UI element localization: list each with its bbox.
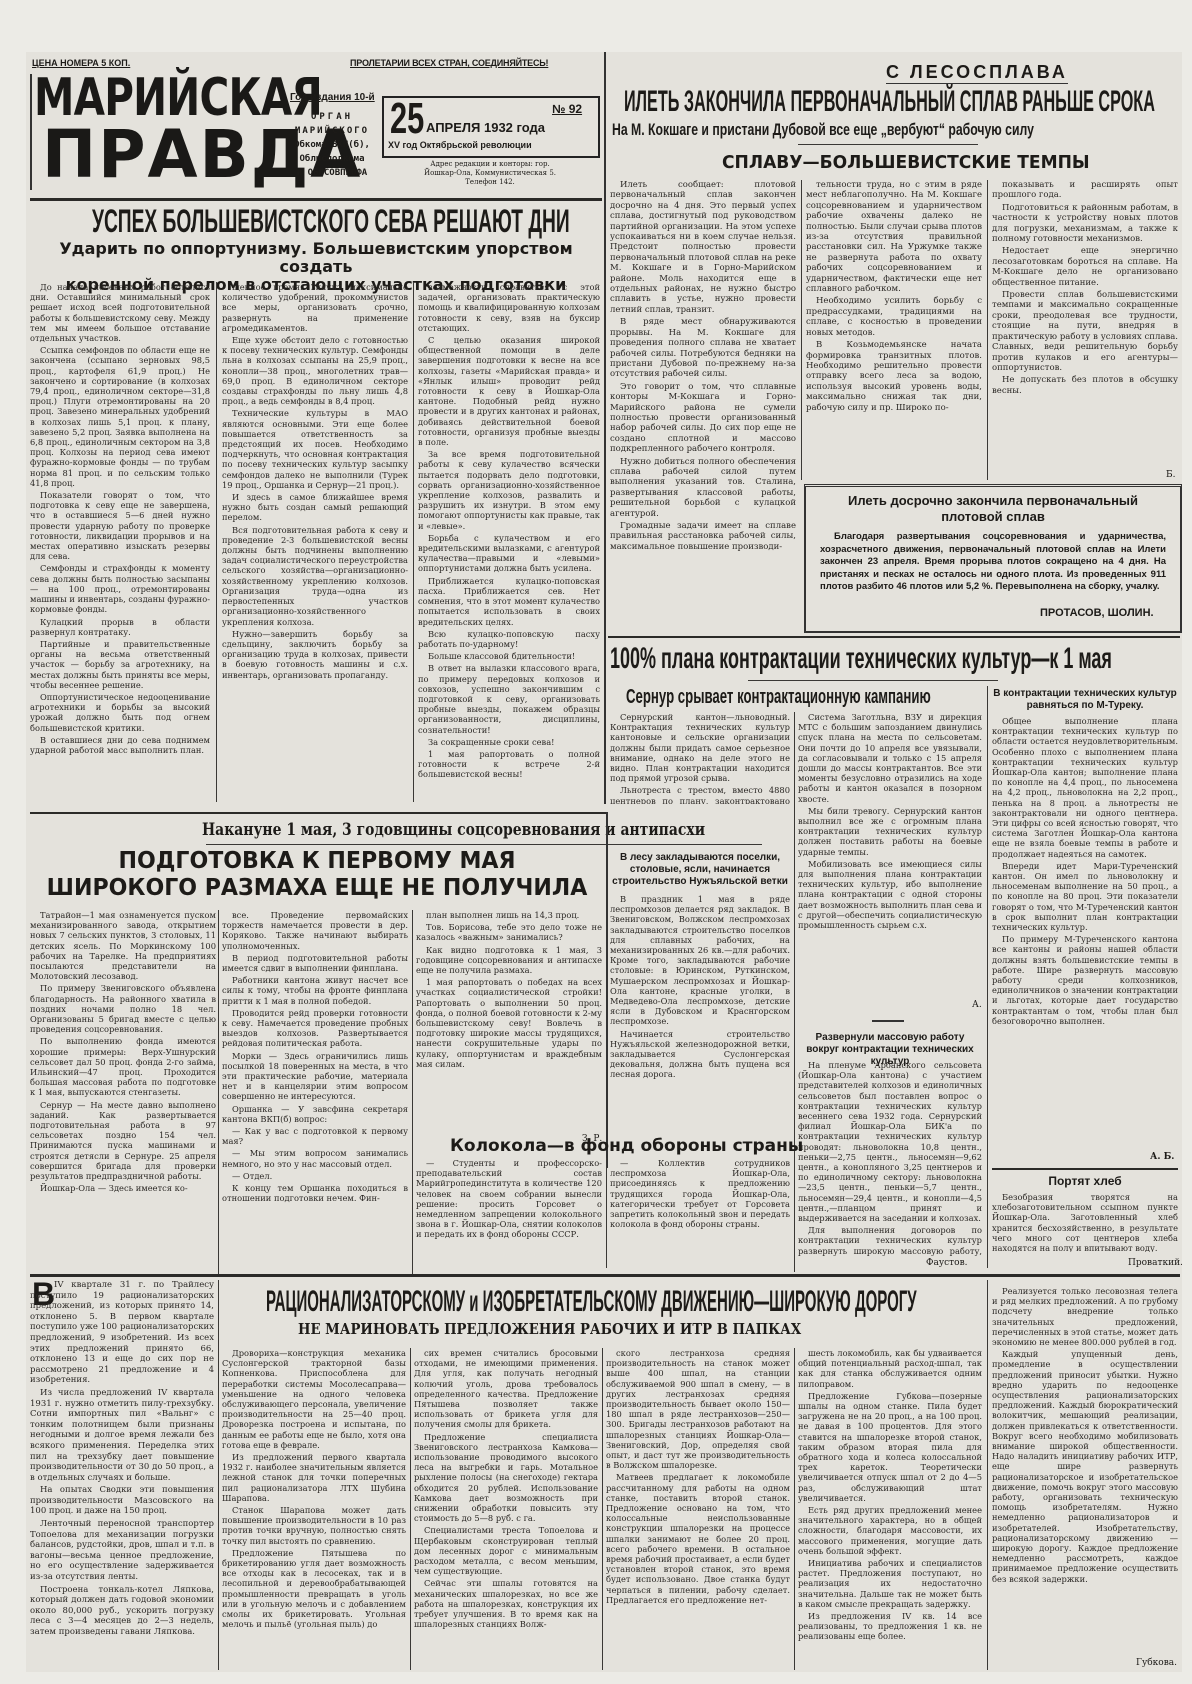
paragraph: Необходимо усилить борьбу с предрассудка… bbox=[806, 296, 982, 338]
paragraph: Матвеев предлагает к локомобиле рассчита… bbox=[606, 1472, 790, 1605]
paragraph: Подготовиться к районным работам, в част… bbox=[992, 203, 1178, 245]
paragraph: Станок Шарапова может дать повышение про… bbox=[222, 1505, 406, 1546]
paragraph: Для выполнения договоров по контрактации… bbox=[798, 1225, 982, 1256]
paragraph: — Мы этим вопросом занимались немного, н… bbox=[222, 1148, 408, 1168]
may-day-col2: все. Проведение первомайских торжеств на… bbox=[222, 910, 408, 1274]
paragraph: Инициатива рабочих и специалистов растет… bbox=[798, 1558, 982, 1609]
ilet-signature: ПРОТАСОВ, ШОЛИН. bbox=[1040, 607, 1154, 619]
timber-col3: показывать и расширять опыт прошлого год… bbox=[992, 180, 1178, 474]
sernur-signature: А. bbox=[972, 1000, 982, 1010]
paragraph: Сернурский кантон—льноводный. Контрактац… bbox=[610, 712, 790, 783]
paragraph: В период подготовительной работы имеется… bbox=[222, 953, 408, 973]
paragraph: Ссыпка семфондов по области еще не закон… bbox=[30, 345, 210, 488]
paragraph: За сокращенные сроки сева! bbox=[418, 737, 600, 747]
paragraph: Илеть сообщает: плотовой первоначальный … bbox=[610, 180, 796, 315]
paragraph: Ленточный переносной транспортер Топоело… bbox=[30, 1519, 214, 1583]
paragraph: С целью оказания широкой общественной по… bbox=[418, 335, 600, 447]
paragraph: Дровориха—конструкция механика Суслонгер… bbox=[222, 1348, 406, 1450]
revolution-year: XV год Октябрьской революции bbox=[388, 140, 532, 150]
headline-timber-rafting: ИЛЕТЬ ЗАКОНЧИЛА ПЕРВОНАЧАЛЬНЫЙ СПЛАВ РАН… bbox=[624, 86, 1155, 118]
paragraph: Йошкар-Ола — Здесь имеется ко- bbox=[30, 1183, 216, 1193]
date-month-year: АПРЕЛЯ 1932 года bbox=[426, 120, 545, 135]
price-label: ЦЕНА НОМЕРА 5 КОП. bbox=[32, 58, 130, 68]
paragraph: Татрайон—1 мая ознаменуется пуском механ… bbox=[30, 910, 216, 981]
issue-number: № 92 bbox=[552, 102, 582, 116]
paragraph: тельности труда, но с этим в ряде мест н… bbox=[806, 180, 982, 294]
paragraph: Специалистами треста Топоелова и Щербако… bbox=[414, 1525, 598, 1576]
ilet-headline-1: Илеть досрочно закончила первоначальный bbox=[806, 493, 1180, 508]
kicker-timber-rafting: С ЛЕСОСПЛАВА bbox=[886, 62, 1068, 84]
slogan: ПРОЛЕТАРИИ ВСЕХ СТРАН, СОЕДИНЯЙТЕСЬ! bbox=[350, 58, 600, 68]
paragraph: Это говорит о том, что сплавные конторы … bbox=[610, 382, 796, 455]
date-box: 25 АПРЕЛЯ 1932 года № 92 XV год Октябрьс… bbox=[382, 96, 600, 158]
paragraph: В ответ на вылазки классового врага, по … bbox=[418, 663, 600, 734]
paragraph: Громадные задачи имеет на сплаве правиль… bbox=[610, 521, 796, 552]
paragraph: В Козьмодемьянске начата формировка тран… bbox=[806, 340, 982, 413]
rationalization-col4: ского лестранхоза средняя производительн… bbox=[606, 1348, 790, 1670]
paragraph: Проводится рейд проверки готовности к се… bbox=[222, 1008, 408, 1049]
paragraph: Нужно добиться полного обеспечения сплав… bbox=[610, 457, 796, 519]
newspaper-page: ЦЕНА НОМЕРА 5 КОП. ПРОЛЕТАРИИ ВСЕХ СТРАН… bbox=[26, 52, 1182, 1672]
paragraph: Сейчас эти шпалы готовятся на механическ… bbox=[414, 1578, 598, 1629]
rationalization-col6: Реализуется только лесовозная телега и р… bbox=[992, 1286, 1178, 1662]
paragraph: Из предложения IV кв. 14 все реализованы… bbox=[798, 1611, 982, 1642]
paragraph: На пленуме Арбанского сельсовета (Йошкар… bbox=[798, 1060, 982, 1223]
paragraph: — Как у вас с подготовкой к первому мая? bbox=[222, 1126, 408, 1146]
address-block: Адрес редакции и конторы: гор. Йошкар-Ол… bbox=[384, 160, 596, 187]
may-day-col1: Татрайон—1 мая ознаменуется пуском механ… bbox=[30, 910, 216, 1274]
paragraph: До начала посевных работ остались дни. О… bbox=[30, 282, 210, 343]
paragraph: Система Заготльна, ВЗУ и дирекция МТС с … bbox=[798, 712, 982, 804]
paragraph: Семфонды и страхфонды к моменту сева дол… bbox=[30, 563, 210, 614]
paragraph: сих времен считались бросовыми отходами,… bbox=[414, 1348, 598, 1430]
bread-signature: Проваткий. bbox=[1128, 1258, 1183, 1268]
date-day: 25 bbox=[390, 96, 424, 142]
year-of-publication: Год издания 10-й bbox=[290, 92, 375, 103]
subheadline-timber-rafting: На М. Кокшаге и пристани Дубовой все еще… bbox=[612, 120, 1034, 140]
paragraph: возможности справиться с этой задачей, о… bbox=[418, 282, 600, 333]
paragraph: план выполнен лишь на 14,3 проц. bbox=[416, 910, 602, 920]
paragraph: Построена тонкаль-котел Ляпкова, который… bbox=[30, 1585, 214, 1638]
paragraph: В праздник 1 мая в ряде леспромхозов дел… bbox=[610, 894, 790, 1027]
paragraph: 1 мая рапортовать о полной готовности к … bbox=[418, 749, 600, 780]
sernur-col2: Система Заготльна, ВЗУ и дирекция МТС с … bbox=[798, 712, 982, 1002]
sernur-col1: Сернурский кантон—льноводный. Контрактац… bbox=[610, 712, 790, 804]
paragraph: IV квартале 31 г. по Трайлесу поступило … bbox=[30, 1280, 214, 1386]
sernur-title: Сернур срывает контрактационную кампанию bbox=[626, 686, 931, 709]
paragraph: Работники кантона живут насчет все силы … bbox=[222, 975, 408, 1006]
paragraph: Оршанка — У завсфина секретаря кантона В… bbox=[222, 1104, 408, 1124]
timber-col1: Илеть сообщает: плотовой первоначальный … bbox=[610, 180, 796, 638]
turek-text: Общее выполнение плана контрактации техн… bbox=[992, 716, 1178, 1142]
subheadline-rationalization: НЕ МАРИНОВАТЬ ПРЕДЛОЖЕНИЯ РАБОЧИХ И ИТР … bbox=[298, 1320, 801, 1338]
paragraph: Технические культуры в МАО являются осно… bbox=[222, 408, 408, 490]
paragraph: По примеру Звениговского объявлена благо… bbox=[30, 983, 216, 1034]
headline-bells: Колокола—в фонд обороны страны bbox=[450, 1136, 803, 1156]
sowing-col2: щенное время. Значит максимально количес… bbox=[222, 282, 408, 802]
paragraph: щенное время. Значит максимально количес… bbox=[222, 282, 408, 333]
sowing-col1: До начала посевных работ остались дни. О… bbox=[30, 282, 210, 802]
timber-signature: Б. bbox=[1166, 470, 1175, 480]
organ-block: ОРГАН МАРИЙСКОГО Обкома ВКП(б), Облиспол… bbox=[290, 110, 374, 180]
paragraph: Провести сплав большевистскими темпами и… bbox=[992, 290, 1178, 373]
paragraph: Вся подготовительная работа к севу и про… bbox=[222, 525, 408, 627]
rationalization-col3: сих времен считались бросовыми отходами,… bbox=[414, 1348, 598, 1670]
paragraph: Впереди идет Мари-Туреченский кантон. Он… bbox=[992, 861, 1178, 932]
paragraph: За все время подготовительной работы к с… bbox=[418, 449, 600, 531]
turek-title: В контрактации технических культур равня… bbox=[990, 688, 1180, 712]
paragraph: Мобилизовать все имеющиеся силы для выпо… bbox=[798, 859, 982, 930]
section-title-timber-rafting: СПЛАВУ—БОЛЬШЕВИСТСКИЕ ТЕМПЫ bbox=[722, 152, 1090, 173]
paragraph: Борьба с кулачеством и его вредительским… bbox=[418, 533, 600, 574]
paragraph: 1 мая рапортовать о победах на всех учас… bbox=[416, 977, 602, 1069]
paragraph: Мы били тревогу. Сернурский кантон выпол… bbox=[798, 806, 982, 857]
paragraph: Из предложений первого квартала 1932 г. … bbox=[222, 1452, 406, 1503]
paragraph: Больше классовой бдительности! bbox=[418, 651, 600, 661]
contracting-text: На пленуме Арбанского сельсовета (Йошкар… bbox=[798, 1060, 982, 1256]
paragraph: Тов. Борисова, тебе это дело тоже не каз… bbox=[416, 922, 602, 942]
banner-may-day: Накануне 1 мая, 3 годовщины соцсоревнова… bbox=[202, 820, 705, 840]
paragraph: Льнотреста с трестом, вместо 4880 центне… bbox=[610, 785, 790, 804]
paragraph: ского лестранхоза средняя производительн… bbox=[606, 1348, 790, 1470]
paragraph: Предложение специалиста Звениговского ле… bbox=[414, 1432, 598, 1524]
contracting-signature: Фаустов. bbox=[926, 1258, 968, 1268]
paragraph: Предложение Губкова—позерные шпалы на од… bbox=[798, 1391, 982, 1503]
paragraph: На опытах Сводки эти повышения производи… bbox=[30, 1485, 214, 1517]
paragraph: Есть ряд других предложений менее значит… bbox=[798, 1505, 982, 1556]
paragraph: показывать и расширять опыт прошлого год… bbox=[992, 180, 1178, 201]
bread-text: Безобразия творятся на хлебозаготовитель… bbox=[992, 1192, 1178, 1252]
timber-col2: тельности труда, но с этим в ряде мест н… bbox=[806, 180, 982, 480]
paragraph: Оппортунистическое недооценивание агроте… bbox=[30, 692, 210, 733]
rationalization-col2: Дровориха—конструкция механика Суслонгер… bbox=[222, 1348, 406, 1670]
paragraph: По примеру М-Туреченского кантона все ка… bbox=[992, 934, 1178, 1026]
paragraph: Не допускать без плотов в обсушку весны. bbox=[992, 375, 1178, 396]
bells-col1: — Студенты и профессорско-преподавательс… bbox=[416, 1158, 602, 1262]
headline-rationalization: РАЦИОНАЛИЗАТОРСКОМУ и ИЗОБРЕТАТЕЛЬСКОМУ … bbox=[266, 1286, 917, 1318]
paragraph: Нужно—завершить борьбу за сдельщину, зак… bbox=[222, 629, 408, 680]
ilet-headline-2: плотовой сплав bbox=[806, 509, 1180, 524]
paragraph: Кулацкий прорыв в области развернул конт… bbox=[30, 617, 210, 637]
paragraph: Начинается строительство Нужъяльской жел… bbox=[610, 1029, 790, 1080]
paragraph: — Отдел. bbox=[222, 1171, 408, 1181]
paragraph: Приближается кулацко-поповская пасха. Пр… bbox=[418, 576, 600, 627]
ilet-text: Благодаря развертывания соцсоревнования … bbox=[820, 531, 1166, 594]
ilet-box: Илеть досрочно закончила первоначальный … bbox=[804, 484, 1182, 633]
paragraph: шесть локомобиль, как бы удваивается общ… bbox=[798, 1348, 982, 1389]
paragraph: В оставшиеся дни до сева поднимем ударно… bbox=[30, 735, 210, 755]
paragraph: В ряде мест обнаруживаются прорывы. На М… bbox=[610, 317, 796, 379]
paragraph: все. Проведение первомайских торжеств на… bbox=[222, 910, 408, 951]
paragraph: Всю кулацко-поповскую пасху работать по-… bbox=[418, 629, 600, 649]
lumber-text: В праздник 1 мая в ряде леспромхозов дел… bbox=[610, 894, 790, 1144]
headline-may-day: ПОДГОТОВКА К ПЕРВОМУ МАЯ ШИРОКОГО РАЗМАХ… bbox=[41, 848, 592, 902]
turek-signature: А. Б. bbox=[1150, 1152, 1174, 1162]
paragraph: Сернур — На месте давно выполнено задани… bbox=[30, 1100, 216, 1182]
paragraph: Показатели говорят о том, что подготовка… bbox=[30, 490, 210, 561]
may-day-col3: план выполнен лишь на 14,3 проц.Тов. Бор… bbox=[416, 910, 602, 1134]
paragraph: Общее выполнение плана контрактации техн… bbox=[992, 716, 1178, 859]
lumber-title: В лесу закладываются поселки, столовые, … bbox=[610, 852, 790, 888]
paragraph: Предложение Пятышева по брикетированию у… bbox=[222, 1548, 406, 1630]
rationalization-signature: Губкова. bbox=[1136, 1658, 1177, 1668]
paragraph: И здесь в самое ближайшее время нужно бы… bbox=[222, 492, 408, 523]
bread-title: Портят хлеб bbox=[992, 1174, 1178, 1188]
paragraph: По выполнению фонда имеются хорошие прим… bbox=[30, 1036, 216, 1097]
paragraph: Реализуется только лесовозная телега и р… bbox=[992, 1286, 1178, 1347]
sowing-col3: возможности справиться с этой задачей, о… bbox=[418, 282, 600, 802]
paragraph: Как видно подготовка к 1 мая, 3 годовщин… bbox=[416, 945, 602, 976]
headline-tech-crops: 100% плана контрактации технических куль… bbox=[610, 644, 1112, 674]
paragraph: Каждый упущенный день, промедление в осу… bbox=[992, 1349, 1178, 1584]
rationalization-col1: IV квартале 31 г. по Трайлесу поступило … bbox=[30, 1280, 214, 1670]
paragraph: К концу тем Оршанка походиться в отношен… bbox=[222, 1183, 408, 1203]
paragraph: Морки — Здесь ограничились лишь посылкой… bbox=[222, 1051, 408, 1102]
rationalization-col5: шесть локомобиль, как бы удваивается общ… bbox=[798, 1348, 982, 1670]
headline-sowing: УСПЕХ БОЛЬШЕВИСТСКОГО СЕВА РЕШАЮТ ДНИ bbox=[92, 204, 570, 238]
paragraph: Еще хуже обстоит дело с готовностью к по… bbox=[222, 335, 408, 406]
bells-col2: — Коллектив сотрудников леспромхоза Йошк… bbox=[610, 1158, 790, 1262]
paragraph: Из числа предложений IV квартала 1931 г.… bbox=[30, 1388, 214, 1483]
paragraph: Недостает еще энергично лесозаготовкам б… bbox=[992, 246, 1178, 288]
paragraph: Партийные и правительственные органы на … bbox=[30, 639, 210, 690]
